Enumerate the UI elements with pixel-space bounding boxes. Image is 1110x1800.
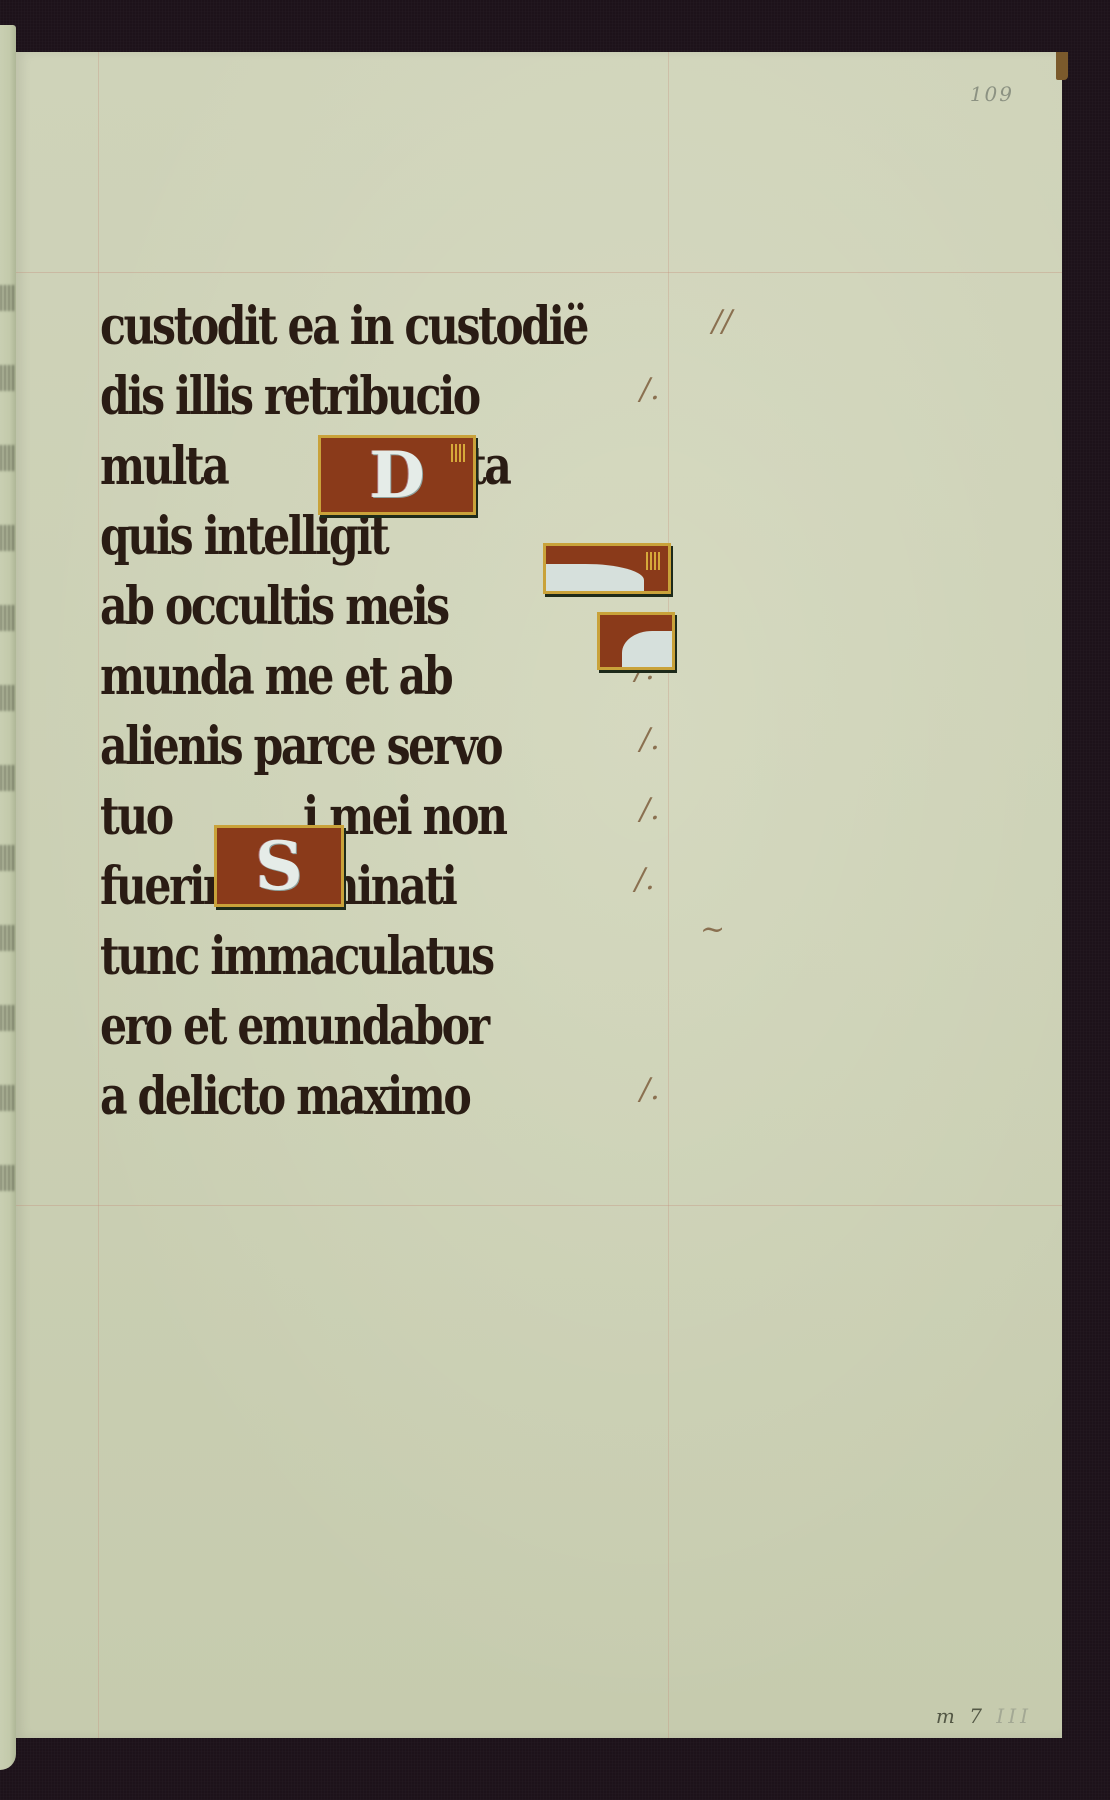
bottom-mark: m 7 III xyxy=(936,1704,1032,1728)
illuminated-initial-s: S xyxy=(214,825,344,907)
line-end-mark: // xyxy=(712,304,732,339)
filler-white-shape xyxy=(622,631,672,667)
bleed-text xyxy=(0,365,14,391)
bleed-text xyxy=(0,1085,14,1111)
ruling-line-right xyxy=(668,52,669,1738)
bottom-mark-text: m 7 xyxy=(936,1704,986,1728)
folio-number: 109 xyxy=(970,82,1014,106)
line-end-mark: /. xyxy=(635,862,655,897)
line-end-mark: /. xyxy=(640,792,660,827)
ruling-line-bottom xyxy=(16,1205,1062,1206)
line-filler-2 xyxy=(597,612,675,670)
ruling-line-top xyxy=(16,272,1062,273)
bleed-text xyxy=(0,685,14,711)
facing-leaf-edge xyxy=(0,25,16,1770)
manuscript-page: 109 m 7 III custodit ea in custodië // d… xyxy=(16,52,1062,1738)
gold-flourish xyxy=(451,444,467,462)
corner-tab xyxy=(1056,52,1068,80)
text-line-7: alienis parce servo xyxy=(100,712,501,782)
bleed-text xyxy=(0,525,14,551)
bottom-mark-faint: III xyxy=(996,1704,1032,1728)
text-line-10: tunc immaculatus xyxy=(100,922,493,992)
bleed-text xyxy=(0,605,14,631)
bleed-text xyxy=(0,925,14,951)
bleed-text xyxy=(0,1165,14,1191)
text-line-2: dis illis retribucio xyxy=(100,362,479,432)
line-end-mark: /. xyxy=(640,722,660,757)
bleed-text xyxy=(0,845,14,871)
filler-white-shape xyxy=(546,564,644,591)
line-end-mark: /. xyxy=(640,1072,660,1107)
text-line-1: custodit ea in custodië xyxy=(100,292,587,362)
bleed-text xyxy=(0,765,14,791)
text-line-5: ab occultis meis xyxy=(100,572,448,642)
ruling-line-left xyxy=(98,52,99,1738)
text-line-11: ero et emundabor xyxy=(100,992,488,1062)
line-filler-1 xyxy=(543,543,671,594)
line-end-mark: /. xyxy=(640,372,660,407)
illuminated-initial-d: D xyxy=(318,435,476,515)
bleed-text xyxy=(0,285,14,311)
text-line-6: munda me et ab xyxy=(100,642,451,712)
text-line-12: a delicto maximo xyxy=(100,1062,469,1132)
bleed-text xyxy=(0,445,14,471)
line-end-mark: ~ xyxy=(700,912,725,947)
bleed-text xyxy=(0,1005,14,1031)
gold-flourish xyxy=(646,552,662,570)
